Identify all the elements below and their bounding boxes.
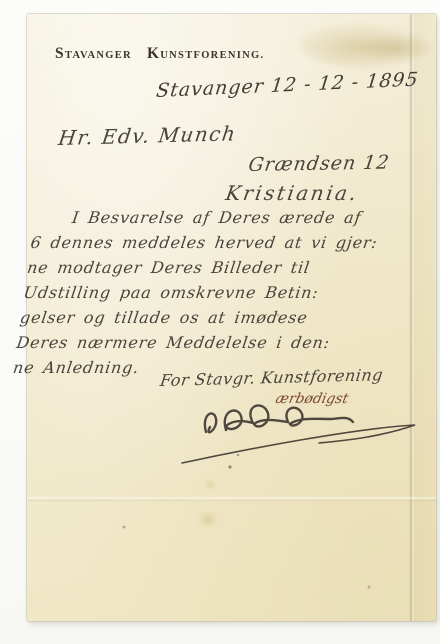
fold-strip [413,14,436,621]
body-line: Deres nærmere Meddelelse i den: [15,330,411,355]
body-line: gelser og tillade os at imødese [18,305,414,330]
scanned-letter: StavangerKunstforening. Stavanger 12 - 1… [0,0,440,644]
body-line: Udstilling paa omskrevne Betin: [22,280,418,305]
body-line: 6 dennes meddeles herved at vi gjer: [29,230,425,255]
recipient-name: Hr. Edv. Munch [57,121,238,150]
valediction: ærbødigst [274,391,350,407]
body-line: ne modtager Deres Billeder til [25,255,421,280]
letterhead-word: Stavanger [55,45,132,63]
letterhead-word: Kunstforening. [147,45,264,63]
paper-stain [357,34,435,62]
horizontal-crease [27,496,436,502]
recipient-city: Kristiania. [224,181,360,205]
paper-stain [299,22,431,68]
dateline: Stavanger 12 - 12 - 1895 [155,68,420,102]
paper-stain [205,480,215,489]
letter-body: I Besvarelse af Deres ærede af6 dennes m… [11,205,428,380]
recipient-street: Grændsen 12 [247,151,391,176]
paper-speckles [27,14,29,16]
letterhead: StavangerKunstforening. [55,45,264,63]
letter-paper: StavangerKunstforening. Stavanger 12 - 1… [27,14,436,621]
body-line: I Besvarelse af Deres ærede af [32,205,428,230]
paper-stain [199,512,217,527]
